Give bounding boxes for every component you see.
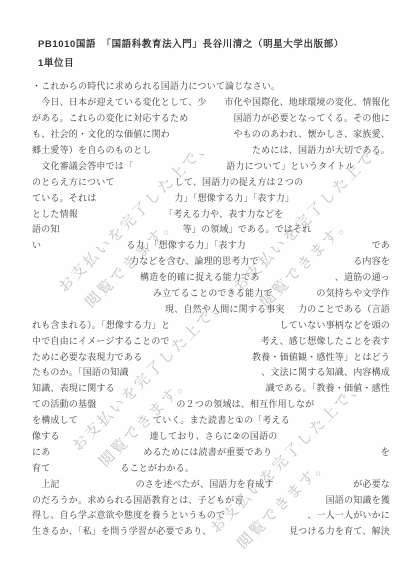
text-line: 今日、日本が迎えている変化として、少市化や国際化、地球環境の変化、情報化	[32, 94, 390, 110]
unit-label: 1単位目	[38, 55, 74, 69]
text-line: ために必要な表現力である教養・価値観・感性等」とはどう	[32, 348, 390, 364]
line-right: 識である。「教養・価値・感性	[266, 381, 390, 394]
line-mid: 語力について」というタイトル	[226, 159, 354, 172]
line-left: がある。これらの変化に対応するため	[32, 111, 188, 124]
line-left: ての活動の基盤	[32, 397, 96, 410]
line-right: やもののあわれ、懐かしさ、家族愛、	[233, 127, 390, 140]
line-right: る内容を	[353, 254, 390, 267]
line-right: 考え、感じ想像したことを表す	[261, 334, 390, 347]
text-line: み立てることのできる能力での気持ちや文学作	[32, 285, 390, 301]
line-left: 語の知	[32, 222, 60, 235]
line-mid: 連しており、さらに②の国語の	[150, 429, 278, 442]
text-line: 知識、表現に関する識である。「教養・価値・感性	[32, 380, 390, 396]
text-line: ・これからの時代に求められる国語力について論じなさい。	[32, 78, 390, 94]
text-line: 生きるか、「私」を問う学習が必要であり、見つける力を育て、解決	[32, 523, 390, 539]
text-line: を構成してていく。また読書と①の「考える	[32, 412, 390, 428]
text-line: れも含まれる）。「想像する力」としていない事柄などを頭の	[32, 316, 390, 332]
line-left: ために必要な表現力である	[32, 350, 142, 363]
line-left: も、社会的・文化的な価値に関わ	[32, 127, 170, 140]
line-left: のとらえ方について	[32, 175, 115, 188]
text-line: 中で自由にイメージすることので考え、感じ想像したことを表す	[32, 332, 390, 348]
line-left: 知識、表現に関する	[32, 381, 115, 394]
line-left: を構成して	[32, 413, 78, 426]
line-left: 郷土愛等）を自らのものとし	[32, 143, 152, 156]
line-mid: 等」の領域」である。ではそれ	[183, 222, 312, 235]
line-right: の気持ちや文学作	[316, 286, 390, 299]
line-right: 見つける力を育て、解決	[289, 524, 390, 537]
line-mid: ていく。また読書と①の「考える	[153, 413, 290, 426]
line-mid: 力」「想像する力」「表す力」	[174, 191, 294, 204]
line-left: 今日、日本が迎えている変化として、少	[32, 95, 207, 108]
line-mid: して、国語力の捉え方は２つの	[175, 175, 304, 188]
line-mid: 力などを含む、論理的思考力で	[130, 254, 259, 267]
line-left: 得し、自ら学ぶ意欲や態度を養うというもので	[32, 508, 225, 521]
line-left: 生きるか、「私」を問う学習が必要であり、	[32, 524, 212, 537]
text-line: 構造を的確に捉える能力であ、道筋の通っ	[32, 269, 390, 285]
text-line: も、社会的・文化的な価値に関わやもののあわれ、懐かしさ、家族愛、	[32, 126, 390, 142]
line-left: 文化審議会答申では「	[32, 159, 133, 172]
document-page: お支払いを完了した上で、 閲覧できます。 お支払いを完了した上で、 閲覧できます…	[0, 0, 410, 580]
line-right: を	[381, 445, 390, 458]
line-right: 、一人一人がいかに	[307, 508, 390, 521]
text-line: 力などを含む、論理的思考力でる内容を	[32, 253, 390, 269]
text-line: 像する連しており、さらに②の国語の	[32, 428, 390, 444]
line-right: 国語力が必要となってくる。その他に	[234, 111, 390, 124]
line-left: 像する	[32, 429, 60, 442]
line-left: い	[32, 238, 41, 251]
text-line: ての活動の基盤の２つの領域は、相互作用しなが	[32, 396, 390, 412]
line-left: とした情報	[32, 207, 78, 220]
line-right: 力のことである（言語	[298, 302, 390, 315]
line-right: 教養・価値観・感性等」とはどう	[252, 350, 390, 363]
line-left: たものか。「国語の知識	[32, 365, 129, 378]
line-right: 、文法に関する知識、内容構成	[261, 365, 390, 378]
line-mid: ることがわかる。	[120, 461, 194, 474]
line-left: れも含まれる）。「想像する力」と	[32, 318, 170, 331]
line-left: 上記	[32, 477, 60, 490]
line-mid: 「考える力や、表す力などを	[164, 207, 283, 220]
line-left: のだろうか。求められる国語教育とは、子どもが言	[32, 493, 244, 506]
line-left: 中で自由にイメージすることので	[32, 334, 170, 347]
text-line: のだろうか。求められる国語教育とは、子どもが言国語の知識を獲	[32, 491, 390, 507]
text-line: 現、自然や人間に関する事実力のことである（言語	[32, 300, 390, 316]
line-mid: めるためには読書が重要であり	[143, 445, 272, 458]
text-line: のとらえ方についてして、国語力の捉え方は２つの	[32, 173, 390, 189]
line-right: が必要な	[353, 477, 390, 490]
line-left: 育て	[32, 461, 50, 474]
line-mid: の２つの領域は、相互作用しなが	[176, 397, 314, 410]
line-left: にあ	[32, 445, 50, 458]
essay-body: ・これからの時代に求められる国語力について論じなさい。 今日、日本が迎えている変…	[32, 78, 390, 539]
line-right: していない事柄などを頭の	[280, 318, 390, 331]
text-line: 語の知等」の領域」である。ではそれ	[32, 221, 390, 237]
line-right: であ	[372, 238, 390, 251]
course-title: PB1010国語 「国語科教育法入門」長谷川清之（明星大学出版部）	[38, 36, 344, 50]
line-right: 国語の知識を獲	[326, 493, 390, 506]
text-line: 郷土愛等）を自らのものとしためには、国語力が大切である。	[32, 142, 390, 158]
text-line: いる力」「想像する力」「表す力であ	[32, 237, 390, 253]
text-line: がある。これらの変化に対応するため国語力が必要となってくる。その他に	[32, 110, 390, 126]
line-right: 市化や国際化、地球環境の変化、情報化	[224, 95, 390, 108]
line-left: ている。それは	[32, 191, 96, 204]
line-mid: のさを述べたが、国語力を育成す	[136, 477, 274, 490]
line-mid: 構造を的確に捉える能力であ	[140, 270, 260, 283]
text-line: 文化審議会答申では「語力について」というタイトル	[32, 157, 390, 173]
text-line: とした情報「考える力や、表す力などを	[32, 205, 390, 221]
text-line: たものか。「国語の知識、文法に関する知識、内容構成	[32, 364, 390, 380]
text-line: ている。それは力」「想像する力」「表す力」	[32, 189, 390, 205]
text-line: 育てることがわかる。	[32, 459, 390, 475]
line-right: 、道筋の通っ	[335, 270, 390, 283]
line-mid: み立てることのできる能力で	[153, 286, 273, 299]
line-mid: 現、自然や人間に関する事実	[165, 302, 285, 315]
line-right: ためには、国語力が大切である。	[252, 143, 390, 156]
text-line: 上記のさを述べたが、国語力を育成すが必要な	[32, 475, 390, 491]
line-left: ・これからの時代に求められる国語力について論じなさい。	[32, 79, 280, 92]
line-mid: る力」「想像する力」「表す力	[126, 238, 246, 251]
text-line: にあめるためには読書が重要でありを	[32, 443, 390, 459]
text-line: 得し、自ら学ぶ意欲や態度を養うというもので、一人一人がいかに	[32, 507, 390, 523]
